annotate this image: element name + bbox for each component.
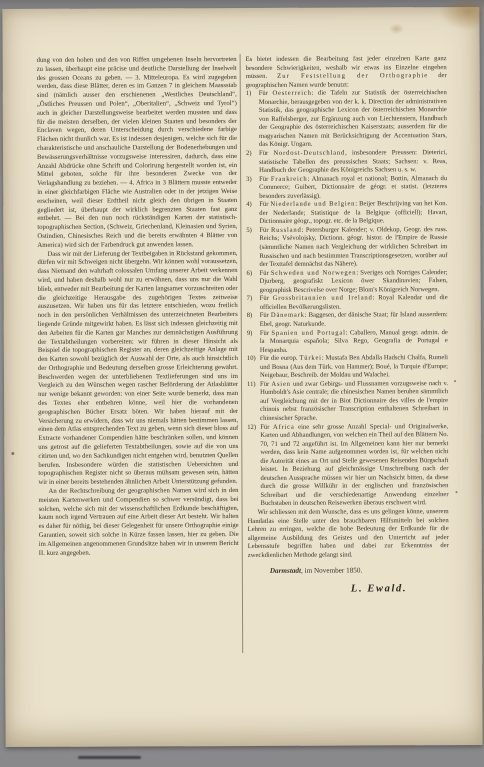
- item-lead: Für: [259, 90, 273, 97]
- item-number: 5): [246, 227, 252, 236]
- paper-stain-top-right: [440, 2, 482, 30]
- intro-spaced-heading: Zur Feststellung der Orthographie: [277, 72, 428, 80]
- source-list-item: 1)Für Oesterreich: die Tafeln zur Statis…: [246, 89, 447, 150]
- item-number: 11): [247, 381, 256, 390]
- left-paragraph-orthography: An der Rechtschreibung der geographische…: [38, 487, 238, 558]
- item-lead: Für: [260, 270, 271, 277]
- item-lead: Für: [260, 312, 271, 319]
- dateline: Darmstadt, im November 1850.: [248, 566, 449, 575]
- scanned-page: dung von den hohen und den von Riffen um…: [2, 7, 482, 747]
- item-country: Spanien und Portugal: [271, 329, 345, 336]
- source-list-item: 12)Für Africa eine sehr grosse Anzahl Sp…: [247, 423, 448, 509]
- item-lead: Für: [259, 150, 273, 157]
- item-number: 9): [247, 329, 253, 338]
- left-text-column: dung von den hohen und den von Riffen um…: [37, 56, 239, 558]
- item-number: 8): [247, 312, 253, 321]
- item-text: : die Tafeln zur Statistik der österreic…: [259, 89, 447, 148]
- item-lead: Für: [260, 423, 273, 430]
- item-lead: Für: [260, 381, 271, 388]
- item-country: Schweden und Norwegen: [271, 269, 357, 276]
- item-number: 10): [247, 355, 256, 364]
- source-list-item: 2)Für Nordost-Deutschland, insbesondere …: [246, 149, 447, 176]
- item-lead: Für: [259, 201, 270, 208]
- source-list-item: 10)Für die europ. Türkei: Mustafa Ben Ab…: [247, 354, 448, 381]
- item-number: 3): [246, 176, 252, 185]
- right-intro-paragraph: Es bietet indessen die Bearbeitung fast …: [246, 55, 447, 90]
- item-country: Nordost-Deutschland: [273, 150, 345, 157]
- item-number: 4): [246, 201, 252, 210]
- item-lead: Für: [260, 329, 272, 336]
- dateline-rest: , im November 1850.: [301, 567, 362, 575]
- dateline-place: Darmstadt: [270, 567, 301, 575]
- source-list-item: 6)Für Schweden und Norwegen: Sveriges oc…: [247, 269, 448, 296]
- scanned-document-screenshot: { "document": { "kind": "scanned book pa…: [0, 0, 484, 767]
- item-country: Africa: [273, 423, 295, 430]
- right-text-column: Es bietet indessen die Bearbeitung fast …: [246, 55, 449, 594]
- ink-speck: [11, 452, 14, 455]
- item-lead: Für: [259, 227, 271, 234]
- illegible-microtext-smudge: [78, 756, 141, 759]
- source-list-item: 8)Für Dänemark: Baggesen, der dänische S…: [247, 312, 448, 330]
- source-list-item: 4)Für Niederlande und Belgien: Beijer Be…: [246, 200, 447, 227]
- item-country: Oesterreich: [272, 90, 311, 97]
- closing-paragraph: Wir schliessen mit dem Wunsche, dass es …: [248, 508, 449, 560]
- column-divider-rule: [240, 54, 244, 653]
- source-list-item: 7)Für Grossbritannien und Ireland: Royal…: [247, 294, 448, 312]
- item-country: Niederlande und Belgien: [270, 201, 355, 208]
- item-number: 12): [247, 423, 256, 432]
- item-lead: Für: [260, 295, 273, 302]
- item-country: Asien: [271, 381, 290, 388]
- item-lead: Für die europ.: [260, 355, 300, 362]
- item-number: 2): [246, 150, 252, 159]
- item-country: Grossbritannien und Ireland: [273, 295, 373, 302]
- paper-stain-top-middle: [388, 23, 404, 34]
- left-paragraph-continuation: dung von den hohen und den von Riffen um…: [37, 56, 238, 250]
- item-text: eine sehr grosse Anzahl Special- und Ori…: [260, 423, 448, 508]
- item-number: 6): [247, 270, 253, 279]
- ink-speck: [455, 491, 457, 493]
- source-list-item: 9)Für Spanien und Portugal: Caballero, M…: [247, 329, 448, 356]
- item-number: 7): [247, 295, 253, 304]
- item-number: 1): [246, 90, 252, 99]
- source-list-item: 3)Für Frankreich: Almanach royal et nati…: [246, 175, 447, 202]
- item-country: Frankreich: [271, 175, 308, 182]
- left-paragraph-text-delivery: Dass wir mit der Lieferung der Textbeiga…: [37, 250, 238, 488]
- item-country: Russland: [271, 227, 302, 234]
- item-country: Türkei: [299, 355, 321, 362]
- ink-speck: [454, 380, 456, 382]
- item-lead: Für: [259, 176, 271, 183]
- item-country: Dänemark: [271, 312, 305, 319]
- source-list-item: 5)Für Russland: Petersburger Kalender; v…: [246, 226, 447, 270]
- author-signature: L. Ewald.: [351, 585, 449, 594]
- source-list-item: 11)Für Asien und zwar Gebirgs- und Fluss…: [247, 380, 448, 424]
